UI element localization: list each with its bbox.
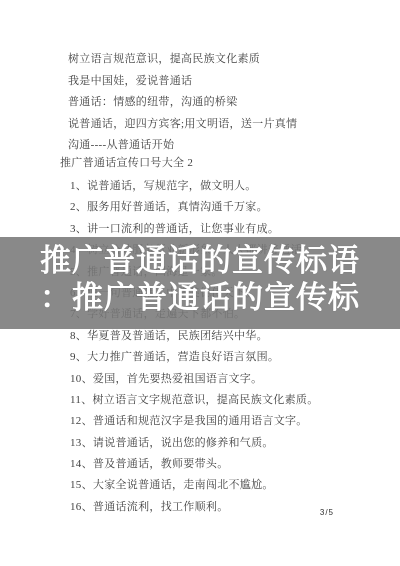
slogan-list-item: 1、说普通话，写规范字，做文明人。 [70,176,394,197]
slogan-list-item: 14、普及普通话，教师要带头。 [70,454,394,475]
intro-slogan-line: 说普通话，迎四方宾客;用文明语，送一片真情 [68,114,392,136]
slogan-list-item: 12、普通话和规范汉字是我国的通用语言文字。 [70,411,394,432]
overlay-title: 推广普通话的宣传标语 ：推广普通话的宣传标 [0,242,400,316]
slogan-list-item: 2、服务用好普通话，真情沟通千万家。 [70,197,394,218]
intro-slogan-line: 我是中国娃，爱说普通话 [68,71,392,93]
overlay-title-line2: ：推广普通话的宣传标 [0,279,400,316]
intro-slogan-line: 普通话：情感的纽带，沟通的桥梁 [68,92,392,114]
slogan-list-item: 9、大力推广普通话，营造良好语言氛围。 [70,347,394,368]
intro-slogan-line: 树立语言规范意识，提高民族文化素质 [68,49,392,71]
slogan-list-item: 10、爱国，首先要热爱祖国语言文字。 [70,369,394,390]
slogan-list: 1、说普通话，写规范字，做文明人。 2、服务用好普通话，真情沟通千万家。 3、讲… [70,176,394,518]
slogan-list-item: 13、请说普通话，说出您的修养和气质。 [70,433,394,454]
slogan-list-item: 11、树立语言文字规范意识，提高民族文化素质。 [70,390,394,411]
document-page: 树立语言规范意识，提高民族文化素质 我是中国娃，爱说普通话 普通话：情感的纽带，… [0,0,400,566]
section-heading: 推广普通话宣传口号大全 2 [60,153,193,174]
slogan-list-item: 16、普通话流利，找工作顺利。 [70,497,394,518]
overlay-title-line1: 推广普通话的宣传标语 [0,242,400,279]
intro-slogan-lines: 树立语言规范意识，提高民族文化素质 我是中国娃，爱说普通话 普通话：情感的纽带，… [68,49,392,157]
slogan-list-item: 15、大家全说普通话，走南闯北不尴尬。 [70,475,394,496]
